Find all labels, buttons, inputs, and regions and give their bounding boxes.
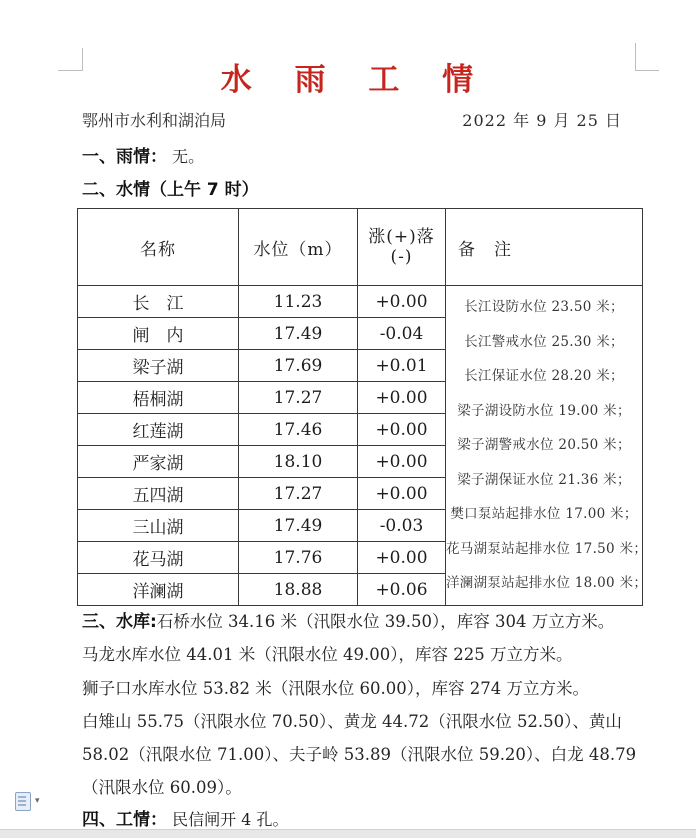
remark-line: 梁子湖警戒水位 20.50 米； bbox=[446, 428, 642, 463]
cell-change: +0.00 bbox=[358, 382, 446, 414]
cell-change: +0.00 bbox=[358, 446, 446, 478]
cell-change: +0.00 bbox=[358, 286, 446, 318]
section-water: 二、水情（上午 7 时） bbox=[82, 175, 259, 200]
clipboard-icon bbox=[15, 792, 31, 811]
cell-name: 梧桐湖 bbox=[78, 382, 239, 414]
table-header-row: 名称 水位（m） 涨(+)落 (-) 备 注 bbox=[78, 209, 643, 286]
cell-level: 17.76 bbox=[239, 542, 358, 574]
cell-level: 17.69 bbox=[239, 350, 358, 382]
section-reservoir: 三、水库:石桥水位 34.16 米（汛限水位 39.50），库容 304 万立方… bbox=[82, 605, 642, 805]
remark-line: 梁子湖设防水位 19.00 米； bbox=[446, 394, 642, 429]
cell-name: 五四湖 bbox=[78, 478, 239, 510]
remark-line: 梁子湖保证水位 21.36 米； bbox=[446, 463, 642, 498]
remark-line: 长江保证水位 28.20 米； bbox=[446, 359, 642, 394]
cell-change: -0.03 bbox=[358, 510, 446, 542]
cell-change: +0.00 bbox=[358, 414, 446, 446]
remark-line: 花马湖泵站起排水位 17.50 米； bbox=[446, 532, 642, 567]
reservoir-line: 马龙水库水位 44.01 米（汛限水位 49.00），库容 225 万立方米。 bbox=[82, 638, 642, 671]
remark-line: 长江警戒水位 25.30 米； bbox=[446, 325, 642, 360]
remark-line: 樊口泵站起排水位 17.00 米； bbox=[446, 497, 642, 532]
cell-name: 严家湖 bbox=[78, 446, 239, 478]
section-reservoir-label: 三、水库: bbox=[82, 612, 157, 632]
col-header-change: 涨(+)落 (-) bbox=[358, 209, 446, 286]
cell-change: -0.04 bbox=[358, 318, 446, 350]
col-header-name: 名称 bbox=[78, 209, 239, 286]
cell-level: 18.10 bbox=[239, 446, 358, 478]
reservoir-line: 白雉山 55.75（汛限水位 70.50）、黄龙 44.72（汛限水位 52.5… bbox=[82, 705, 642, 738]
cell-level: 17.49 bbox=[239, 510, 358, 542]
cell-level: 18.88 bbox=[239, 574, 358, 606]
cell-change: +0.06 bbox=[358, 574, 446, 606]
reservoir-line: （汛限水位 60.09）。 bbox=[82, 771, 642, 804]
cell-level: 17.46 bbox=[239, 414, 358, 446]
cell-change: +0.00 bbox=[358, 542, 446, 574]
cell-change: +0.00 bbox=[358, 478, 446, 510]
col-header-change-line2: (-) bbox=[358, 247, 445, 267]
reservoir-line: 狮子口水库水位 53.82 米（汛限水位 60.00），库容 274 万立方米。 bbox=[82, 672, 642, 705]
cell-name: 红莲湖 bbox=[78, 414, 239, 446]
col-header-remark: 备 注 bbox=[446, 209, 643, 286]
bottom-edge-strip bbox=[0, 829, 696, 838]
reservoir-line: 三、水库:石桥水位 34.16 米（汛限水位 39.50），库容 304 万立方… bbox=[82, 605, 642, 638]
section-engineering: 四、工情： 民信闸开 4 孔。 bbox=[82, 805, 288, 830]
section-rain-content: 无。 bbox=[172, 147, 204, 166]
cell-name: 梁子湖 bbox=[78, 350, 239, 382]
reservoir-line: 58.02（汛限水位 71.00）、夫子岭 53.89（汛限水位 59.20）、… bbox=[82, 738, 642, 771]
cell-name: 花马湖 bbox=[78, 542, 239, 574]
section-engineering-content: 民信闸开 4 孔。 bbox=[172, 810, 288, 829]
remark-line: 长江设防水位 23.50 米； bbox=[446, 290, 642, 325]
water-level-table: 名称 水位（m） 涨(+)落 (-) 备 注 长 江 11.23 +0.00 长… bbox=[77, 208, 643, 606]
section-engineering-label: 四、工情： bbox=[82, 810, 167, 830]
section-rain: 一、雨情： 无。 bbox=[82, 142, 204, 167]
agency-name: 鄂州市水利和湖泊局 bbox=[82, 108, 226, 131]
section-rain-label: 一、雨情： bbox=[82, 147, 167, 167]
col-header-level: 水位（m） bbox=[239, 209, 358, 286]
cell-name: 闸 内 bbox=[78, 318, 239, 350]
remarks-cell: 长江设防水位 23.50 米； 长江警戒水位 25.30 米； 长江保证水位 2… bbox=[446, 286, 643, 606]
table-row: 长 江 11.23 +0.00 长江设防水位 23.50 米； 长江警戒水位 2… bbox=[78, 286, 643, 318]
paste-options-button[interactable]: ▾ bbox=[15, 792, 49, 814]
col-header-change-line1: 涨(+)落 bbox=[358, 227, 445, 247]
section-water-label: 二、水情（上午 7 时） bbox=[82, 180, 259, 200]
meta-row: 鄂州市水利和湖泊局 2022 年 9 月 25 日 bbox=[82, 108, 622, 131]
cell-level: 17.49 bbox=[239, 318, 358, 350]
cell-level: 17.27 bbox=[239, 382, 358, 414]
cell-level: 17.27 bbox=[239, 478, 358, 510]
remark-line: 洋澜湖泵站起排水位 18.00 米； bbox=[446, 566, 642, 601]
reservoir-line-text: 石桥水位 34.16 米（汛限水位 39.50），库容 304 万立方米。 bbox=[157, 612, 614, 631]
cell-name: 洋澜湖 bbox=[78, 574, 239, 606]
cell-name: 长 江 bbox=[78, 286, 239, 318]
chevron-down-icon: ▾ bbox=[35, 796, 40, 806]
page-title: 水 雨 工 情 bbox=[0, 54, 696, 99]
document-date: 2022 年 9 月 25 日 bbox=[462, 108, 622, 131]
cell-name: 三山湖 bbox=[78, 510, 239, 542]
cell-change: +0.01 bbox=[358, 350, 446, 382]
cell-level: 11.23 bbox=[239, 286, 358, 318]
